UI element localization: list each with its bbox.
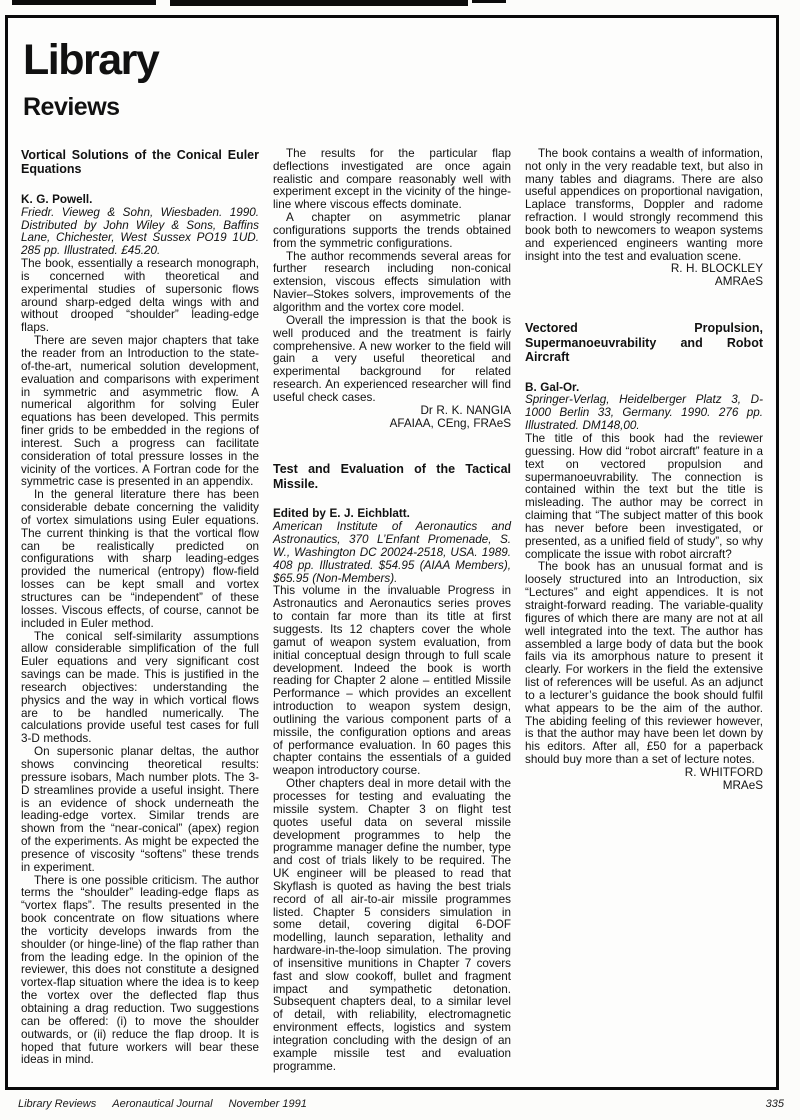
page-title: Library xyxy=(23,40,763,81)
footer-section-name: Library Reviews xyxy=(18,1098,96,1110)
reviewer-qualifications: AMRAeS xyxy=(525,276,763,289)
review-paragraph: The author recommends several areas for … xyxy=(273,251,511,315)
page-footer: Library ReviewsAeronautical JournalNovem… xyxy=(18,1098,784,1110)
review-paragraph: The results for the particular flap defl… xyxy=(273,148,511,212)
review-paragraph: In the general literature there has been… xyxy=(21,489,259,630)
review-vectored-propulsion: Vectored Propulsion, Supermanoeuvrabilit… xyxy=(525,321,763,793)
scan-artifact xyxy=(170,0,468,6)
page-subtitle: Reviews xyxy=(23,95,763,120)
reviewer-name: Dr R. K. NANGIA xyxy=(273,405,511,418)
review-title: Vortical Solutions of the Conical Euler … xyxy=(21,148,259,177)
publisher-imprint: Friedr. Vieweg & Sohn, Wiesbaden. 1990. … xyxy=(21,207,259,258)
reviewer-qualifications: AFAIAA, CEng, FRAeS xyxy=(273,418,511,431)
publisher-imprint: American Institute of Aeronautics and As… xyxy=(273,521,511,585)
reviewer-name: R. WHITFORD xyxy=(525,767,763,780)
page-border-box: Library Reviews Vortical Solutions of th… xyxy=(5,15,779,1090)
review-title: Test and Evaluation of the Tactical Miss… xyxy=(273,462,511,491)
reviewer-signature: R. H. BLOCKLEY AMRAeS xyxy=(525,263,763,289)
reviewer-signature: Dr R. K. NANGIA AFAIAA, CEng, FRAeS xyxy=(273,405,511,431)
review-paragraph: The book has an unusual format and is lo… xyxy=(525,561,763,767)
footer-running-title: Library ReviewsAeronautical JournalNovem… xyxy=(18,1098,323,1110)
scan-artifact xyxy=(12,0,156,5)
review-paragraph: There are seven major chapters that take… xyxy=(21,335,259,489)
reviewer-signature: R. WHITFORD MRAeS xyxy=(525,767,763,793)
review-paragraph: On supersonic planar deltas, the author … xyxy=(21,746,259,874)
review-paragraph: The book, essentially a research monogra… xyxy=(21,258,259,335)
review-paragraph: The title of this book had the reviewer … xyxy=(525,433,763,561)
review-paragraph: Overall the impression is that the book … xyxy=(273,315,511,405)
review-author: K. G. Powell. xyxy=(21,194,259,207)
reviewer-qualifications: MRAeS xyxy=(525,780,763,793)
review-paragraph: The conical self-similarity assumptions … xyxy=(21,631,259,747)
publisher-imprint: Springer-Verlag, Heidelberger Platz 3, D… xyxy=(525,394,763,433)
review-title: Vectored Propulsion, Supermanoeuvrabilit… xyxy=(525,321,763,365)
review-paragraph: This volume in the invaluable Progress i… xyxy=(273,585,511,778)
footer-journal-name: Aeronautical Journal xyxy=(112,1098,212,1110)
review-paragraph: Other chapters deal in more detail with … xyxy=(273,778,511,1073)
review-paragraph: There is one possible criticism. The aut… xyxy=(21,875,259,1068)
review-columns: Vortical Solutions of the Conical Euler … xyxy=(21,148,763,1088)
review-paragraph: A chapter on asymmetric planar configura… xyxy=(273,212,511,251)
scan-artifact xyxy=(472,0,506,3)
page-number: 335 xyxy=(766,1098,784,1110)
review-paragraph: The book contains a wealth of informatio… xyxy=(525,148,763,264)
footer-issue-date: November 1991 xyxy=(229,1098,307,1110)
